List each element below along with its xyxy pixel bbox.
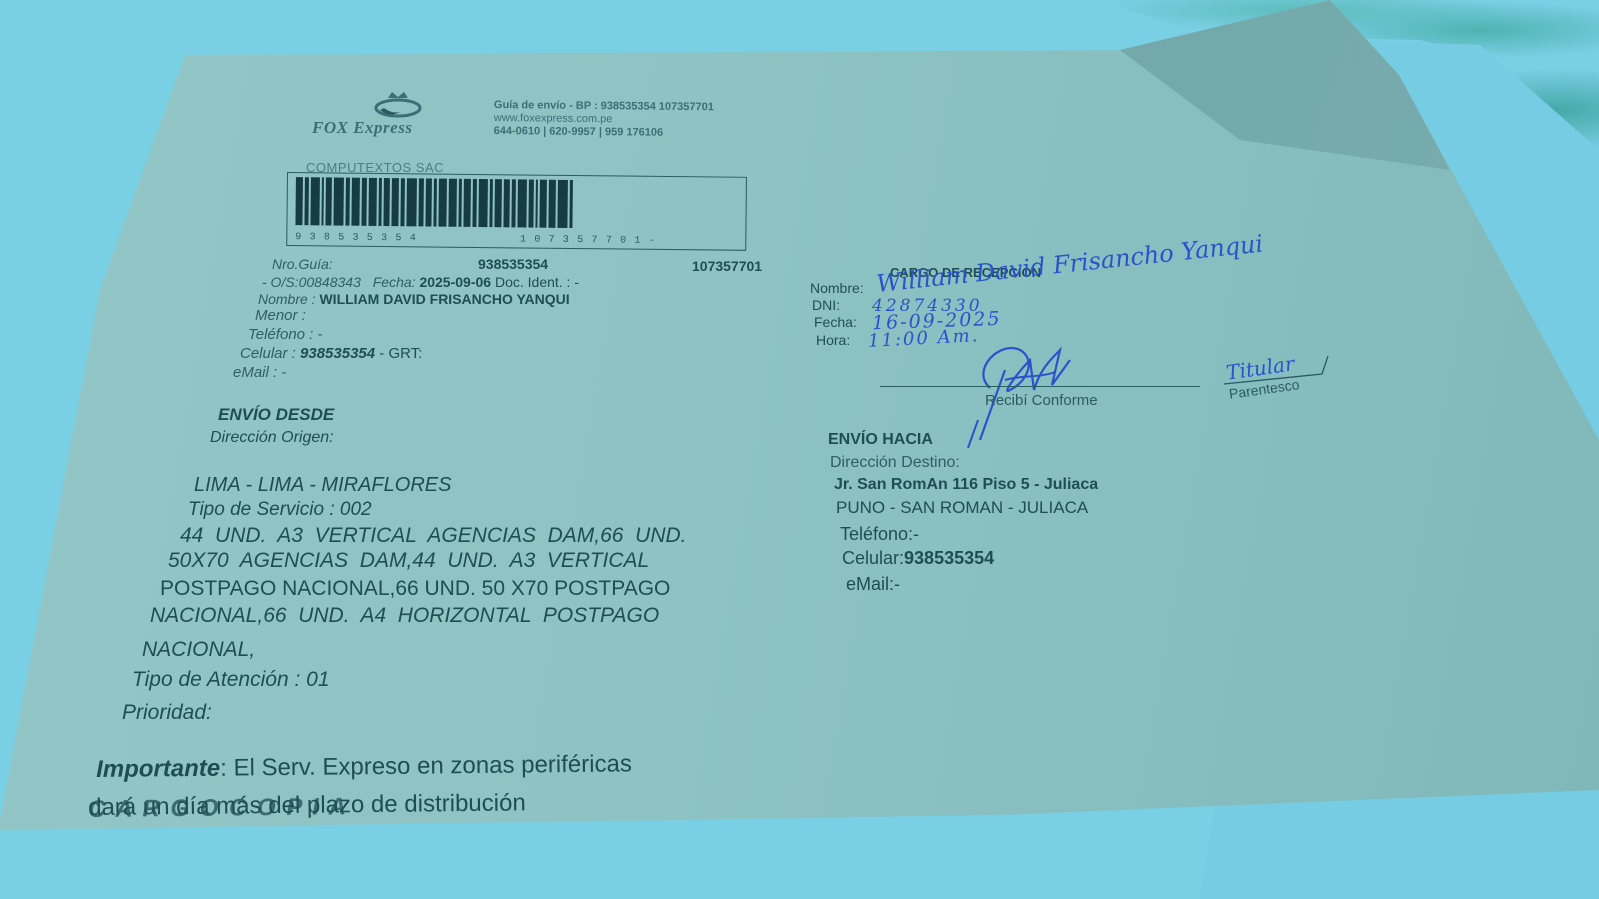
fecha-label: Fecha:	[373, 274, 416, 290]
notice-text-1: : El Serv. Expreso en zonas periféricas	[220, 750, 632, 781]
barcode-bar	[479, 179, 488, 227]
destination-address: Jr. San RomAn 116 Piso 5 - Juliaca	[834, 476, 1098, 494]
barcode-bar	[326, 177, 333, 225]
notice-label: Importante	[96, 755, 220, 783]
barcode-bar	[311, 177, 320, 225]
barcode-bar	[539, 180, 547, 228]
contents-line: NACIONAL,	[142, 638, 255, 662]
barcode-bars	[295, 177, 735, 230]
nro-guia-label: Nro.Guía:	[272, 256, 333, 272]
contents-line: 44 UND. A3 VERTICAL AGENCIAS DAM,66 UND.	[180, 524, 686, 548]
barcode-bar	[517, 179, 526, 227]
contents-line: 50X70 AGENCIAS DAM,44 UND. A3 VERTICAL	[168, 549, 649, 573]
attention-type: Tipo de Atención : 01	[132, 668, 330, 692]
contents-line: NACIONAL,66 UND. A4 HORIZONTAL POSTPAGO	[150, 604, 659, 628]
guide-header: Guía de envío - BP : 938535354 107357701…	[494, 99, 714, 140]
contents-line: POSTPAGO NACIONAL,66 UND. 50 X70 POSTPAG…	[160, 577, 670, 601]
destination-celular-label: Celular:	[842, 548, 904, 568]
barcode-bar	[391, 178, 399, 226]
nro-guia-row: Nro.Guía: 938535354 107357701	[272, 256, 333, 272]
order-date-row: - O/S:00848343 Fecha: 2025-09-06 Doc. Id…	[262, 274, 579, 290]
barcode-digits: 938535354 107357701-	[295, 232, 663, 247]
barcode-bar	[418, 178, 423, 226]
barcode-bar	[557, 180, 567, 228]
barcode-bar	[401, 178, 405, 226]
os-label: - O/S:	[262, 274, 299, 290]
celular-value: 938535354	[300, 345, 375, 362]
cargo-copia-overprint: C A R G O C O P I A	[88, 793, 348, 824]
reception-hora-label: Hora:	[816, 332, 850, 348]
barcode-bar	[449, 179, 457, 227]
fox-express-logo: FOX Express	[312, 92, 472, 142]
nro-guia-value: 938535354	[478, 256, 548, 272]
destination-location: PUNO - SAN ROMAN - JULIACA	[836, 498, 1088, 518]
signature-caption: Recibí Conforme	[985, 392, 1098, 409]
nombre-label: Nombre :	[258, 291, 316, 307]
reception-nombre-label: Nombre:	[810, 280, 864, 296]
priority-label: Prioridad:	[122, 701, 212, 725]
notice-line-1: Importante: El Serv. Expreso en zonas pe…	[96, 750, 632, 784]
barcode-bar	[512, 179, 516, 227]
barcode-bar	[535, 180, 538, 228]
barcode-bar	[346, 178, 350, 226]
origin-location: LIMA - LIMA - MIRAFLORES	[194, 474, 451, 497]
barcode-bar	[295, 177, 303, 225]
barcode: 938535354 107357701-	[286, 172, 747, 251]
barcode-bar	[569, 180, 573, 228]
barcode-bar	[472, 179, 477, 227]
guia-suffix: 107357701	[692, 258, 762, 274]
email-row: eMail : -	[233, 364, 286, 381]
barcode-bar	[464, 179, 471, 227]
destination-celular-row: Celular:938535354	[842, 548, 994, 569]
barcode-bar	[458, 179, 462, 227]
origin-heading: ENVÍO DESDE	[218, 405, 334, 425]
menor-label: Menor :	[255, 307, 306, 324]
barcode-bar	[494, 179, 502, 227]
origin-address-label: Dirección Origen:	[210, 429, 334, 447]
telefono-label: Teléfono : -	[248, 326, 323, 343]
signature-line	[880, 386, 1200, 387]
barcode-bar	[438, 179, 447, 227]
barcode-bar	[305, 177, 309, 225]
brand-name: FOX Express	[312, 118, 412, 138]
grt-label: - GRT:	[379, 345, 422, 362]
signature-icon	[960, 330, 1100, 450]
os-value: 00848343	[299, 274, 361, 290]
barcode-digits-left: 938535354	[295, 232, 424, 244]
telefono-row: Teléfono : -	[248, 326, 323, 343]
fecha-value: 2025-09-06	[419, 274, 491, 290]
signature-stroke-icon	[960, 420, 980, 450]
nombre-value: WILLIAM DAVID FRISANCHO YANQUI	[319, 291, 569, 307]
reception-fecha-label: Fecha:	[814, 314, 857, 330]
menor-row: Menor :	[255, 307, 306, 324]
destination-email: eMail:-	[846, 574, 900, 595]
barcode-bar	[334, 177, 344, 225]
barcode-digits-right: 107357701-	[520, 234, 663, 246]
fox-logo-icon	[370, 92, 426, 118]
barcode-bar	[321, 177, 324, 225]
destination-heading: ENVÍO HACIA	[828, 431, 933, 449]
celular-label: Celular :	[240, 345, 296, 362]
service-type: Tipo de Servicio : 002	[188, 499, 372, 521]
notice-line-2: dará un día más del plazo de distribució…	[88, 789, 526, 822]
barcode-bar	[361, 178, 366, 226]
destination-celular-value: 938535354	[904, 548, 994, 568]
barcode-bar	[425, 178, 432, 226]
barcode-bar	[433, 179, 436, 227]
reception-dni-label: DNI:	[812, 297, 840, 313]
barcode-bar	[406, 178, 416, 226]
doc-ident: Doc. Ident. : -	[495, 274, 579, 290]
destination-address-label: Dirección Destino:	[830, 454, 960, 472]
barcode-bar	[490, 179, 493, 227]
barcode-bar	[549, 180, 556, 228]
barcode-bar	[503, 179, 510, 227]
barcode-bar	[379, 178, 382, 226]
email-label: eMail : -	[233, 364, 286, 381]
barcode-bar	[383, 178, 390, 226]
barcode-bar	[528, 180, 533, 228]
destination-telefono: Teléfono:-	[840, 524, 919, 545]
celular-row: Celular : 938535354 - GRT:	[240, 345, 422, 362]
barcode-bar	[352, 178, 360, 226]
nombre-row: Nombre : WILLIAM DAVID FRISANCHO YANQUI	[258, 291, 570, 307]
barcode-bar	[368, 178, 377, 226]
phone-numbers: 644-0610 | 620-9957 | 959 176106	[494, 125, 714, 140]
